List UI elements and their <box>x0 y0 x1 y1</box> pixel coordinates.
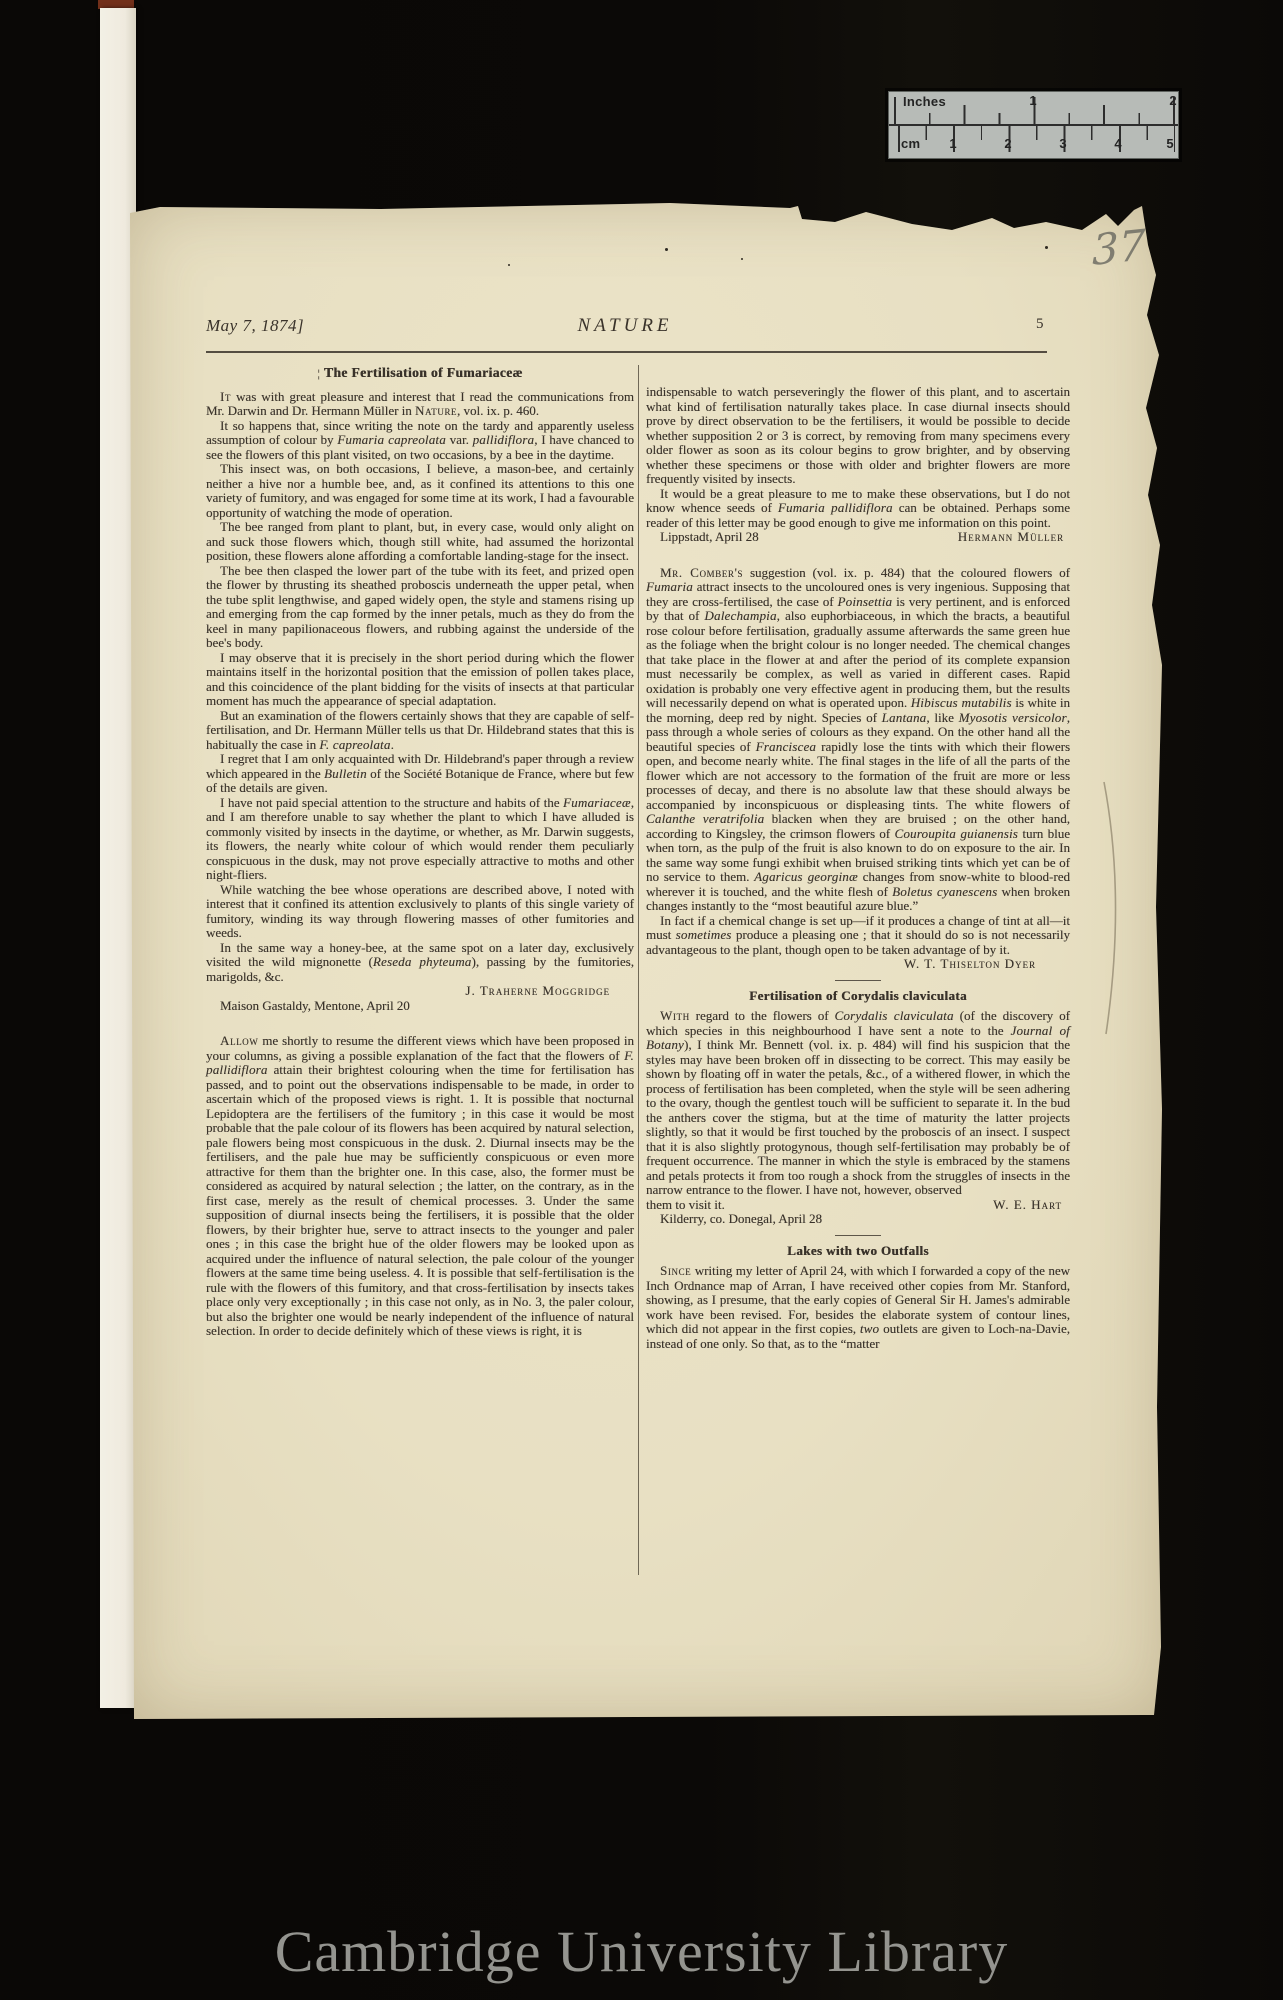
ruler-cm-number: 1 <box>949 136 956 151</box>
journal-page: 37 May 7, 1874] NATURE 5 ¦The Fertilisat… <box>130 203 1164 1719</box>
ink-speck <box>1045 246 1048 249</box>
paragraph: While watching the bee whose operations … <box>206 883 634 941</box>
allow-letter-paragraphs: Allow me shortly to resume the different… <box>206 1034 634 1339</box>
ruler-cm-ticks <box>898 126 1175 152</box>
moggridge-letter-paragraphs: It was with great pleasure and interest … <box>206 390 634 985</box>
comber-letter-paragraphs: Mr. Comber's suggestion (vol. ix. p. 484… <box>646 566 1070 958</box>
letter-gap <box>206 1013 634 1034</box>
ruler-cm-number: 5 <box>1166 136 1173 151</box>
journal-masthead: NATURE <box>540 315 710 337</box>
paragraph: It so happens that, since writing the no… <box>206 419 634 463</box>
paragraph: The bee then clasped the lower part of t… <box>206 564 634 651</box>
signature-muller: Hermann Müller <box>958 530 1064 545</box>
section-separator <box>835 980 881 981</box>
header-date: May 7, 1874] <box>206 316 304 336</box>
hart-signature-row: them to visit it. W. E. Hart <box>646 1198 1070 1213</box>
article-title-text: The Fertilisation of Fumariaceæ <box>324 365 523 380</box>
ruler-cm-number: 3 <box>1059 136 1066 151</box>
header-rule <box>206 351 1047 353</box>
ink-speck <box>665 248 668 251</box>
column-divider <box>638 365 639 1575</box>
continued-paragraphs: indispensable to watch perseveringly the… <box>646 385 1070 530</box>
paragraph: This insect was, on both occasions, I be… <box>206 462 634 520</box>
corydalis-tail: them to visit it. <box>646 1198 725 1213</box>
ruler-inches-label: Inches <box>903 94 946 109</box>
library-watermark: Cambridge University Library <box>0 1918 1283 1985</box>
paragraph: But an examination of the flowers certai… <box>206 709 634 753</box>
page-number: 5 <box>1036 316 1044 333</box>
handwritten-folio-number: 37 <box>1092 220 1145 275</box>
ruler-inch-number: 1 <box>1029 93 1036 108</box>
corydalis-section-title: Fertilisation of Corydalis claviculata <box>646 989 1070 1004</box>
library-scan-background: Inches cm 1 2 1 2 3 4 5 37 May 7, 1874] … <box>0 0 1283 2000</box>
paragraph: Mr. Comber's suggestion (vol. ix. p. 484… <box>646 566 1070 914</box>
signature-hart: W. E. Hart <box>993 1198 1062 1213</box>
ruler-inch-number: 2 <box>1169 93 1176 108</box>
paragraph: indispensable to watch perseveringly the… <box>646 385 1070 487</box>
ink-speck <box>741 258 743 260</box>
signature-moggridge: J. Traherne Moggridge <box>206 984 634 999</box>
paragraph: It would be a great pleasure to me to ma… <box>646 487 1070 531</box>
paragraph: In the same way a honey-bee, at the same… <box>206 941 634 985</box>
lakes-paragraphs: Since writing my letter of April 24, wit… <box>646 1264 1070 1351</box>
right-column: indispensable to watch perseveringly the… <box>646 385 1070 1351</box>
title-mark: ¦ <box>317 369 320 380</box>
paragraph: Allow me shortly to resume the different… <box>206 1034 634 1339</box>
dateline-muller: Lippstadt, April 28 <box>660 530 759 545</box>
signature-thiselton-dyer: W. T. Thiselton Dyer <box>646 957 1070 972</box>
margin-pencil-mark <box>1090 778 1134 1038</box>
paragraph: I regret that I am only acquainted with … <box>206 752 634 796</box>
paragraph: In fact if a chemical change is set up—i… <box>646 914 1070 958</box>
lakes-section-title: Lakes with two Outfalls <box>646 1244 1070 1259</box>
address-moggridge: Maison Gastaldy, Mentone, April 20 <box>206 999 634 1014</box>
letter-gap <box>646 545 1070 566</box>
ink-speck <box>508 264 510 266</box>
ruler-cm-number: 4 <box>1114 136 1121 151</box>
paragraph: I may observe that it is precisely in th… <box>206 651 634 709</box>
paragraph: Since writing my letter of April 24, wit… <box>646 1264 1070 1351</box>
address-hart: Kilderry, co. Donegal, April 28 <box>646 1212 1070 1227</box>
ruler-cm-number: 2 <box>1004 136 1011 151</box>
ruler-cm-label: cm <box>901 136 920 151</box>
left-column: ¦The Fertilisation of Fumariaceæ It was … <box>206 366 634 1339</box>
paragraph: It was with great pleasure and interest … <box>206 390 634 419</box>
muller-dateline-row: Lippstadt, April 28 Hermann Müller <box>646 530 1070 545</box>
article-title: ¦The Fertilisation of Fumariaceæ <box>206 366 634 383</box>
paragraph: With regard to the flowers of Corydalis … <box>646 1009 1070 1198</box>
paragraph: The bee ranged from plant to plant, but,… <box>206 520 634 564</box>
section-separator <box>835 1235 881 1236</box>
measurement-ruler: Inches cm 1 2 1 2 3 4 5 <box>888 91 1179 159</box>
paragraph: I have not paid special attention to the… <box>206 796 634 883</box>
corydalis-paragraphs: With regard to the flowers of Corydalis … <box>646 1009 1070 1198</box>
